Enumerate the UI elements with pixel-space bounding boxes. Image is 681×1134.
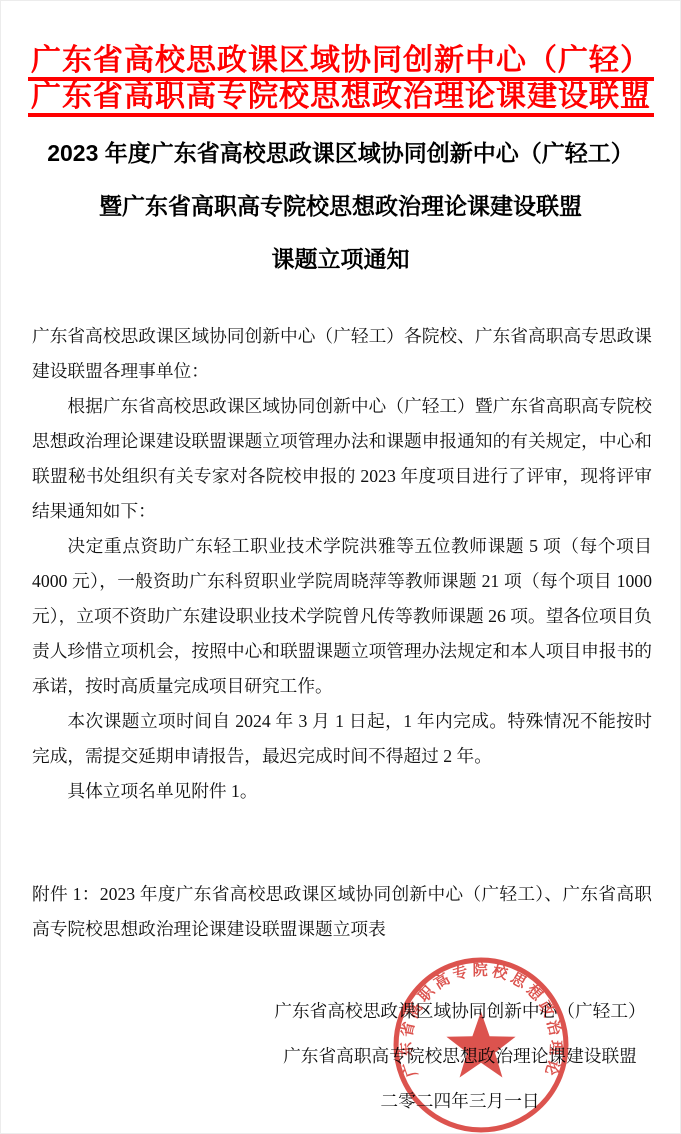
letterhead-line-1: 广东省高校思政课区域协同创新中心（广轻） — [28, 45, 654, 81]
body-paragraph-2: 决定重点资助广东轻工职业技术学院洪雅等五位教师课题 5 项（每个项目 4000 … — [32, 529, 652, 704]
document-page: 广东省高校思政课区域协同创新中心（广轻） 广东省高职高专院校思想政治理论课建设联… — [0, 0, 681, 1134]
letterhead: 广东省高校思政课区域协同创新中心（广轻） 广东省高职高专院校思想政治理论课建设联… — [28, 45, 654, 117]
title-line-3: 课题立项通知 — [1, 233, 680, 286]
title-line-1: 2023 年度广东省高校思政课区域协同创新中心（广轻工） — [1, 127, 680, 180]
signature-date: 二零二四年三月一日 — [270, 1079, 650, 1124]
signature-block: 广东省高校思政课区域协同创新中心（广轻工） 广东省高职高专院校思想政治理论课建设… — [270, 989, 650, 1124]
body-paragraph-3: 本次课题立项时间自 2024 年 3 月 1 日起，1 年内完成。特殊情况不能按… — [32, 704, 652, 774]
body-paragraph-4: 具体立项名单见附件 1。 — [32, 774, 652, 809]
document-title: 2023 年度广东省高校思政课区域协同创新中心（广轻工） 暨广东省高职高专院校思… — [1, 127, 680, 286]
signature-org-1: 广东省高校思政课区域协同创新中心（广轻工） — [270, 989, 650, 1034]
document-body: 广东省高校思政课区域协同创新中心（广轻工）各院校、广东省高职高专思政课建设联盟各… — [32, 319, 652, 809]
letterhead-line-2: 广东省高职高专院校思想政治理论课建设联盟 — [28, 81, 654, 117]
title-line-2: 暨广东省高职高专院校思想政治理论课建设联盟 — [1, 180, 680, 233]
salutation: 广东省高校思政课区域协同创新中心（广轻工）各院校、广东省高职高专思政课建设联盟各… — [32, 319, 652, 389]
signature-org-2: 广东省高职高专院校思想政治理论课建设联盟 — [270, 1034, 650, 1079]
attachment-note: 附件 1：2023 年度广东省高校思政课区域协同创新中心（广轻工）、广东省高职高… — [32, 877, 652, 947]
body-paragraph-1: 根据广东省高校思政课区域协同创新中心（广轻工）暨广东省高职高专院校思想政治理论课… — [32, 389, 652, 529]
